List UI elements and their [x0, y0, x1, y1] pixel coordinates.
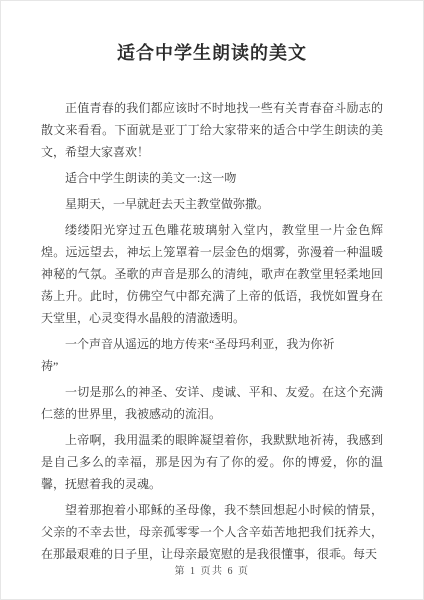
paragraph: 一切是那么的神圣、安详、虔诚、平和、友爱。在这个充满仁慈的世界里，我被感动的流泪…: [41, 381, 383, 425]
document-title: 适合中学生朗读的美文: [1, 41, 423, 65]
document-page: 适合中学生朗读的美文 正值青春的我们都应该时不时地找一些有关青春奋斗励志的散文来…: [0, 0, 424, 600]
page-number-footer: 第 1 页共 6 页: [1, 562, 423, 577]
document-body: 正值青春的我们都应该时不时地找一些有关青春奋斗励志的散文来看看。下面就是亚丁丁给…: [41, 97, 383, 565]
paragraph: 上帝啊，我用温柔的眼眸凝望着你，我默默地祈祷，我感到是自己多么的幸福，那是因为有…: [41, 429, 383, 495]
paragraph: 一个声音从遥远的地方传来“圣母玛利亚，我为你祈 祷”: [41, 333, 383, 377]
paragraph: 适合中学生朗读的美文一:这一吻: [41, 167, 383, 189]
paragraph: 缕缕阳光穿过五色雕花玻璃射入堂内，教堂里一片金色辉煌。远远望去，神坛上笼罩着一层…: [41, 219, 383, 329]
paragraph: 正值青春的我们都应该时不时地找一些有关青春奋斗励志的散文来看看。下面就是亚丁丁给…: [41, 97, 383, 163]
paragraph: 星期天，一早就赶去天主教堂做弥撒。: [41, 193, 383, 215]
paragraph: 望着那抱着小耶稣的圣母像，我不禁回想起小时候的情景，父亲的不幸去世，母亲孤零零一…: [41, 499, 383, 565]
